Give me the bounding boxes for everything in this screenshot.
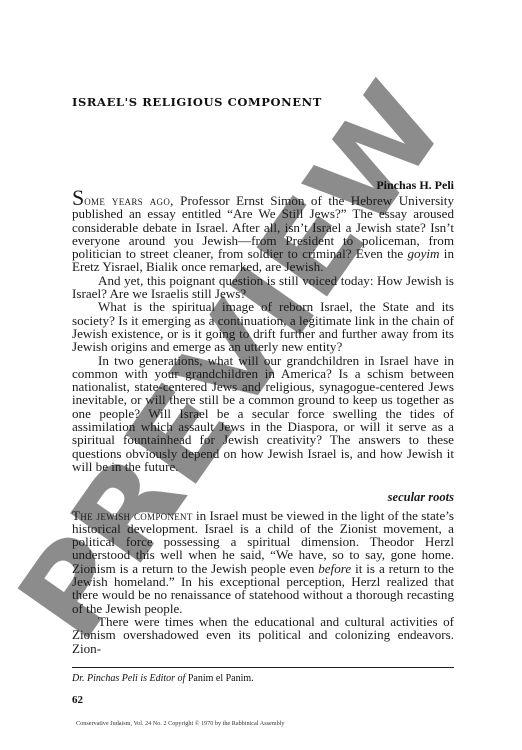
section-subhead: secular roots [72,491,454,504]
copyright-line: Conservative Judaism, Vol. 24 No. 2 Copy… [76,720,284,727]
author-byline: Pinchas H. Peli [376,178,454,193]
paragraph-6: There were times when the educational an… [72,615,454,655]
paragraph-5: The jewish component in Israel must be v… [72,509,454,615]
footnote-rule [72,667,454,668]
document-page: PREVIEW ISRAEL'S RELIGIOUS COMPONENT Pin… [0,0,522,750]
paragraph-4: In two generations, what will our grandc… [72,354,454,474]
paragraph-2: And yet, this poignant question is still… [72,274,454,301]
paragraph-3: What is the spiritual image of reborn Is… [72,300,454,353]
article-title: ISRAEL'S RELIGIOUS COMPONENT [72,95,322,109]
footnote: Dr. Pinchas Peli is Editor of Panim el P… [72,673,254,684]
page-number: 62 [72,694,83,706]
paragraph-1: Some years ago, Professor Ernst Simon of… [72,193,454,274]
article-body: Some years ago, Professor Ernst Simon of… [72,193,454,655]
